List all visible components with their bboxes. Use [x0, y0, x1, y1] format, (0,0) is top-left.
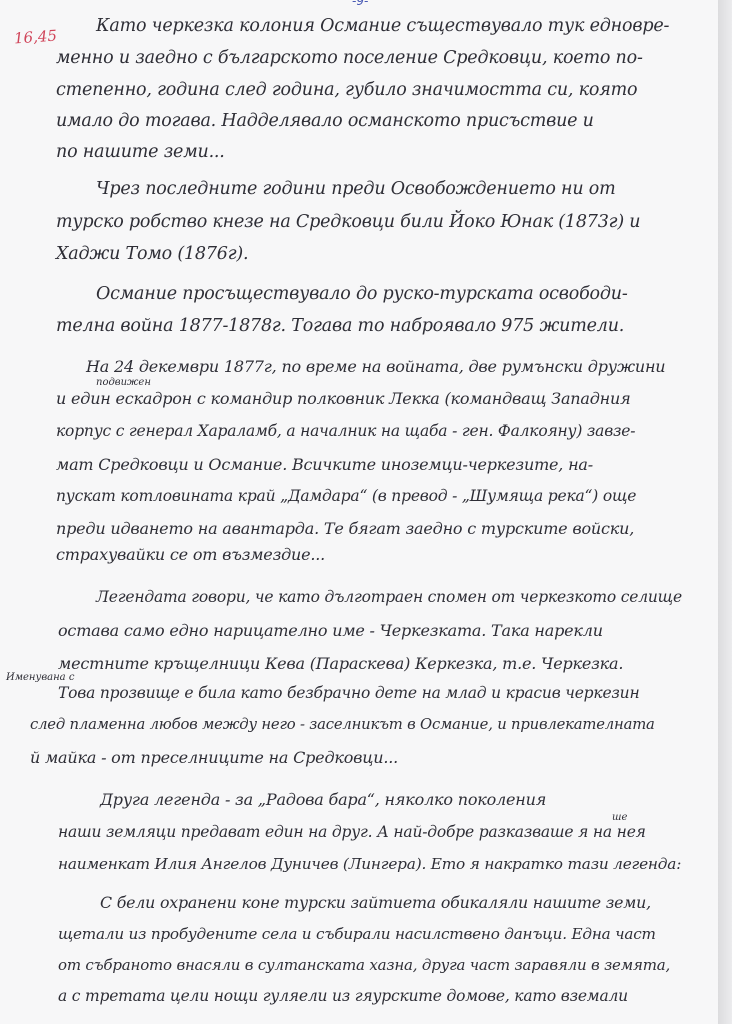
handwritten-line: С бели охранени коне турски зайтиета оби… [100, 895, 651, 911]
margin-note-red: 16,45 [13, 27, 57, 48]
handwritten-line: пускат котловината край „Дамдара“ (в пре… [56, 489, 636, 505]
handwritten-line: имало до тогава. Надделявало османското … [56, 113, 594, 131]
handwritten-line: турско робство кнезе на Средковци били Й… [56, 214, 640, 232]
margin-insertion: Именувана с [6, 672, 74, 683]
handwritten-line: Османие просъществувало до руско-турскат… [96, 286, 628, 304]
handwritten-line: преди идването на авантарда. Те бягат за… [56, 521, 634, 537]
page-edge-shadow [718, 0, 732, 1024]
handwritten-line: остава само едно нарицателно име - Черке… [58, 623, 603, 639]
handwritten-line: страхувайки се от възмездие... [56, 547, 325, 563]
handwritten-line: и един ескадрон с командир полковник Лек… [56, 391, 631, 407]
handwritten-line: Чрез последните години преди Освобождени… [96, 181, 616, 199]
handwritten-line: по нашите земи... [56, 144, 225, 162]
handwritten-line: корпус с генерал Хараламб, а началник на… [56, 424, 635, 440]
handwritten-line: телна война 1877-1878г. Тогава то наброя… [56, 318, 624, 336]
insertion-note: подвижен [96, 377, 151, 388]
handwritten-line: На 24 декември 1877г, по време на войнат… [86, 359, 665, 375]
handwritten-line: а с третата цели нощи гуляели из гяурски… [58, 989, 628, 1005]
handwritten-line: степенно, година след година, губило зна… [56, 82, 637, 100]
page-number: -9- [352, 0, 368, 8]
insertion-note: ше [612, 812, 627, 823]
handwritten-line: Легендата говори, че като дълготраен спо… [96, 590, 682, 606]
handwritten-line: наименкат Илия Ангелов Дуничев (Лингера)… [58, 857, 681, 872]
handwritten-line: Това прозвище е била като безбрачно дете… [58, 686, 639, 702]
document-page: -9- 16,45 Като черкезка колония Османие … [0, 0, 719, 1024]
handwritten-line: местните кръщелници Кева (Параскева) Кер… [58, 656, 623, 672]
handwritten-line: менно и заедно с българското поселение С… [56, 50, 643, 68]
handwritten-line: след пламенна любов между него - заселни… [30, 718, 655, 733]
handwritten-line: от събраното внасяли в султанската хазна… [58, 958, 670, 973]
handwritten-line: й майка - от преселниците на Средковци..… [30, 750, 398, 766]
handwritten-line: Като черкезка колония Османие съществува… [96, 18, 669, 36]
handwritten-line: Хаджи Томо (1876г). [56, 246, 248, 264]
handwritten-line: мат Средковци и Османие. Всичките инозем… [56, 457, 593, 473]
handwritten-line: наши земляци предават един на друг. А на… [58, 825, 646, 841]
handwritten-line: Друга легенда - за „Радова бара“, няколк… [100, 792, 546, 808]
handwritten-line: щетали из пробудените села и събирали на… [58, 927, 656, 942]
